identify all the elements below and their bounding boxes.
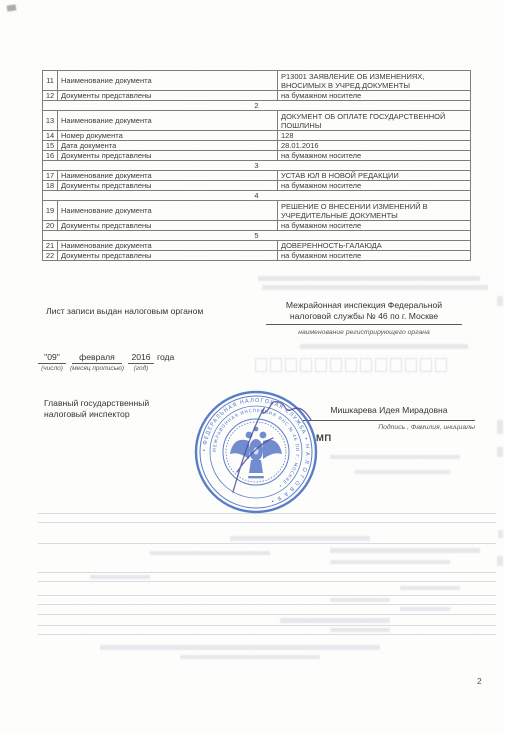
table-row: 14 Номер документа 128 <box>43 131 471 141</box>
bleedthrough-line <box>38 543 496 544</box>
bleedthrough-text <box>180 655 320 659</box>
row-number: 13 <box>43 111 58 131</box>
table-row: 18 Документы представлены на бумажном но… <box>43 181 471 191</box>
row-number: 18 <box>43 181 58 191</box>
bleedthrough-text <box>330 628 390 632</box>
edge-artifact <box>497 296 503 306</box>
row-value: на бумажном носителе <box>278 151 471 161</box>
inspector-name: Мишкарева Идея Мирадовна <box>305 405 473 415</box>
section-number: 3 <box>43 161 471 171</box>
table-row: 12 Документы представлены на бумажном но… <box>43 91 471 101</box>
row-value: 128 <box>278 131 471 141</box>
bleedthrough-text <box>330 548 480 553</box>
section-separator-row: 5 <box>43 231 471 241</box>
row-label: Наименование документа <box>58 241 278 251</box>
row-value: РЕШЕНИЕ О ВНЕСЕНИИ ИЗМЕНЕНИЙ В УЧРЕДИТЕЛ… <box>278 201 471 221</box>
row-number: 11 <box>43 71 58 91</box>
bleedthrough-text <box>280 618 390 623</box>
row-number: 16 <box>43 151 58 161</box>
bleedthrough-line <box>38 604 496 605</box>
date-year-suffix: года <box>157 352 174 362</box>
handwritten-signature <box>205 390 325 515</box>
row-number: 22 <box>43 251 58 261</box>
table-row: 17 Наименование документа УСТАВ ЮЛ В НОВ… <box>43 171 471 181</box>
bleedthrough-line <box>38 572 496 573</box>
table-row: 22 Документы представлены на бумажном но… <box>43 251 471 261</box>
bleedthrough-text <box>330 455 460 459</box>
bleedthrough-text <box>90 575 150 579</box>
bleedthrough-text <box>262 285 488 290</box>
date-day-group: "09" (число) <box>38 352 66 372</box>
bleedthrough-line <box>38 513 496 514</box>
bleedthrough-text <box>400 607 450 611</box>
bleedthrough-text <box>330 598 390 602</box>
bleedthrough-cell-boxes <box>255 358 447 372</box>
bleedthrough-text <box>150 551 270 555</box>
row-label: Наименование документа <box>58 201 278 221</box>
bleedthrough-text <box>100 645 380 650</box>
row-label: Документы представлены <box>58 221 278 231</box>
row-label: Наименование документа <box>58 171 278 181</box>
inspector-position: Главный государственный налоговый инспек… <box>44 398 184 419</box>
row-label: Документы представлены <box>58 151 278 161</box>
row-number: 20 <box>43 221 58 231</box>
bleedthrough-line <box>38 581 496 582</box>
section-number: 2 <box>43 101 471 111</box>
date-month-caption: (месяц прописью) <box>72 365 122 372</box>
bleedthrough-text <box>258 276 480 281</box>
row-value: ДОВЕРЕННОСТЬ-ГАЛАЮДА <box>278 241 471 251</box>
table-row: 21 Наименование документа ДОВЕРЕННОСТЬ-Г… <box>43 241 471 251</box>
edge-artifact <box>497 447 503 457</box>
edge-artifact <box>497 556 503 566</box>
row-value: на бумажном носителе <box>278 91 471 101</box>
row-value: ДОКУМЕНТ ОБ ОПЛАТЕ ГОСУДАРСТВЕННОЙ ПОШЛИ… <box>278 111 471 131</box>
row-label: Наименование документа <box>58 111 278 131</box>
bleedthrough-text <box>230 536 370 541</box>
row-value: на бумажном носителе <box>278 181 471 191</box>
row-value: Р13001 ЗАЯВЛЕНИЕ ОБ ИЗМЕНЕНИЯХ, ВНОСИМЫХ… <box>278 71 471 91</box>
signature-caption: Подпись , Фамилия, инициалы <box>303 424 475 431</box>
row-value: УСТАВ ЮЛ В НОВОЙ РЕДАКЦИИ <box>278 171 471 181</box>
issued-by-label: Лист записи выдан налоговым органом <box>46 306 251 317</box>
date-year-caption: (год) <box>128 365 154 372</box>
section-separator-row: 2 <box>43 101 471 111</box>
table-row: 19 Наименование документа РЕШЕНИЕ О ВНЕС… <box>43 201 471 221</box>
section-number: 5 <box>43 231 471 241</box>
row-value: 28.01.2016 <box>278 141 471 151</box>
row-label: Дата документа <box>58 141 278 151</box>
bleedthrough-line <box>38 595 496 596</box>
table-row: 13 Наименование документа ДОКУМЕНТ ОБ ОП… <box>43 111 471 131</box>
row-number: 14 <box>43 131 58 141</box>
submitted-documents-table: 11 Наименование документа Р13001 ЗАЯВЛЕН… <box>42 70 471 261</box>
bleedthrough-text <box>400 586 460 590</box>
date-day-caption: (число) <box>38 365 66 372</box>
row-label: Документы представлены <box>58 251 278 261</box>
row-number: 17 <box>43 171 58 181</box>
row-value: на бумажном носителе <box>278 221 471 231</box>
section-number: 4 <box>43 191 471 201</box>
row-value: на бумажном носителе <box>278 251 471 261</box>
table-row: 11 Наименование документа Р13001 ЗАЯВЛЕН… <box>43 71 471 91</box>
bleedthrough-text <box>330 560 450 564</box>
date-year-value: 2016 <box>128 352 154 364</box>
row-number: 21 <box>43 241 58 251</box>
table-row: 15 Дата документа 28.01.2016 <box>43 141 471 151</box>
row-number: 15 <box>43 141 58 151</box>
table-row: 20 Документы представлены на бумажном но… <box>43 221 471 231</box>
edge-artifact <box>498 530 503 538</box>
bleedthrough-line <box>38 614 496 615</box>
bleedthrough-line <box>38 625 496 626</box>
bleedthrough-line <box>38 522 496 523</box>
row-label: Наименование документа <box>58 71 278 91</box>
row-number: 12 <box>43 91 58 101</box>
date-month-value: февраля <box>72 352 122 364</box>
page-number: 2 <box>477 676 482 686</box>
date-month-group: февраля (месяц прописью) <box>72 352 122 372</box>
signature-line <box>303 420 475 421</box>
bleedthrough-line <box>38 634 496 635</box>
section-separator-row: 4 <box>43 191 471 201</box>
row-label: Документы представлены <box>58 181 278 191</box>
scan-artifact-mark <box>7 4 17 11</box>
section-separator-row: 3 <box>43 161 471 171</box>
table-row: 16 Документы представлены на бумажном но… <box>43 151 471 161</box>
scanned-document-page: 11 Наименование документа Р13001 ЗАЯВЛЕН… <box>0 0 505 734</box>
bleedthrough-text <box>300 344 468 349</box>
row-label: Номер документа <box>58 131 278 141</box>
bleedthrough-text <box>355 470 450 474</box>
edge-artifact <box>497 420 503 434</box>
date-year-group: 2016 (год) года <box>128 352 174 372</box>
registering-authority-name: Межрайонная инспекция Федеральной налого… <box>266 300 462 325</box>
row-number: 19 <box>43 201 58 221</box>
authority-caption: наименование регистрирующего органа <box>258 329 470 336</box>
row-label: Документы представлены <box>58 91 278 101</box>
date-day-value: "09" <box>38 352 66 364</box>
